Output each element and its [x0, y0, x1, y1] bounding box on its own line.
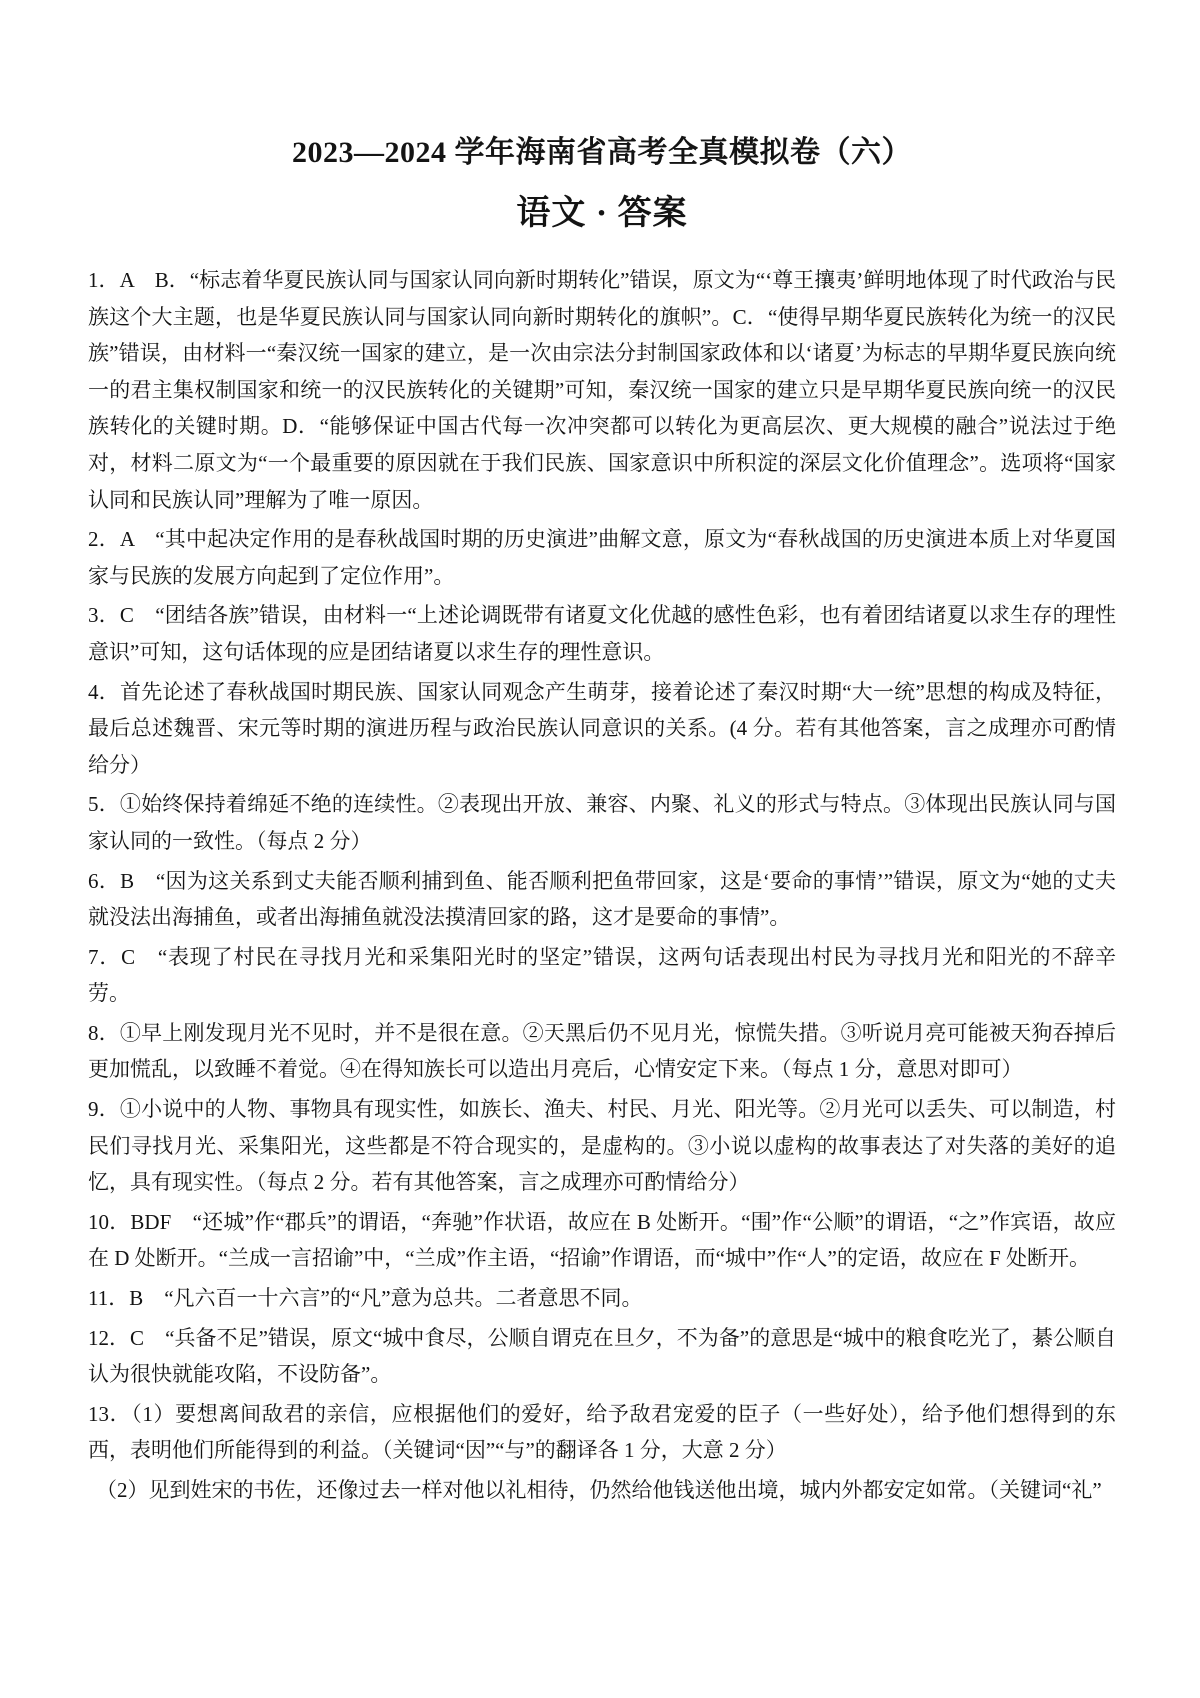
document-title: 2023—2024 学年海南省高考全真模拟卷（六）: [88, 134, 1116, 172]
answer-item-8: 8．①早上刚发现月光不见时，并不是很在意。②天黑后仍不见月光，惊慌失措。③听说月…: [88, 1015, 1116, 1088]
answer-item-4: 4．首先论述了春秋战国时期民族、国家认同观念产生萌芽，接着论述了秦汉时期“大一统…: [88, 674, 1116, 784]
answer-list: 1．A B．“标志着华夏民族认同与国家认同向新时期转化”错误，原文为“‘尊王攘夷…: [88, 262, 1116, 1509]
answer-item-3: 3．C “团结各族”错误，由材料一“上述论调既带有诸夏文化优越的感性色彩，也有着…: [88, 597, 1116, 670]
answer-item-6: 6．B “因为这关系到丈夫能否顺利捕到鱼、能否顺利把鱼带回家，这是‘要命的事情’…: [88, 863, 1116, 936]
answer-item-7: 7．C “表现了村民在寻找月光和采集阳光时的坚定”错误，这两句话表现出村民为寻找…: [88, 939, 1116, 1012]
answer-item-5: 5．①始终保持着绵延不绝的连续性。②表现出开放、兼容、内聚、礼义的形式与特点。③…: [88, 786, 1116, 859]
document-subtitle: 语文 · 答案: [88, 194, 1116, 234]
document-page: 2023—2024 学年海南省高考全真模拟卷（六） 语文 · 答案 1．A B．…: [0, 0, 1200, 1698]
answer-item-9: 9．①小说中的人物、事物具有现实性，如族长、渔夫、村民、月光、阳光等。②月光可以…: [88, 1091, 1116, 1201]
answer-item-12: 12．C “兵备不足”错误，原文“城中食尽，公顺自谓克在旦夕，不为备”的意思是“…: [88, 1320, 1116, 1393]
answer-item-11: 11．B “凡六百一十六言”的“凡”意为总共。二者意思不同。: [88, 1280, 1116, 1317]
answer-item-1: 1．A B．“标志着华夏民族认同与国家认同向新时期转化”错误，原文为“‘尊王攘夷…: [88, 262, 1116, 518]
answer-item-2: 2．A “其中起决定作用的是春秋战国时期的历史演进”曲解文意，原文为“春秋战国的…: [88, 521, 1116, 594]
answer-item-13-1: 13．（1）要想离间敌君的亲信，应根据他们的爱好，给予敌君宠爱的臣子（一些好处）…: [88, 1396, 1116, 1469]
answer-item-13-2: （2）见到姓宋的书佐，还像过去一样对他以礼相待，仍然给他钱送他出境，城内外都安定…: [88, 1472, 1116, 1509]
answer-item-10: 10．BDF “还城”作“郡兵”的谓语，“奔驰”作状语，故应在 B 处断开。“围…: [88, 1204, 1116, 1277]
